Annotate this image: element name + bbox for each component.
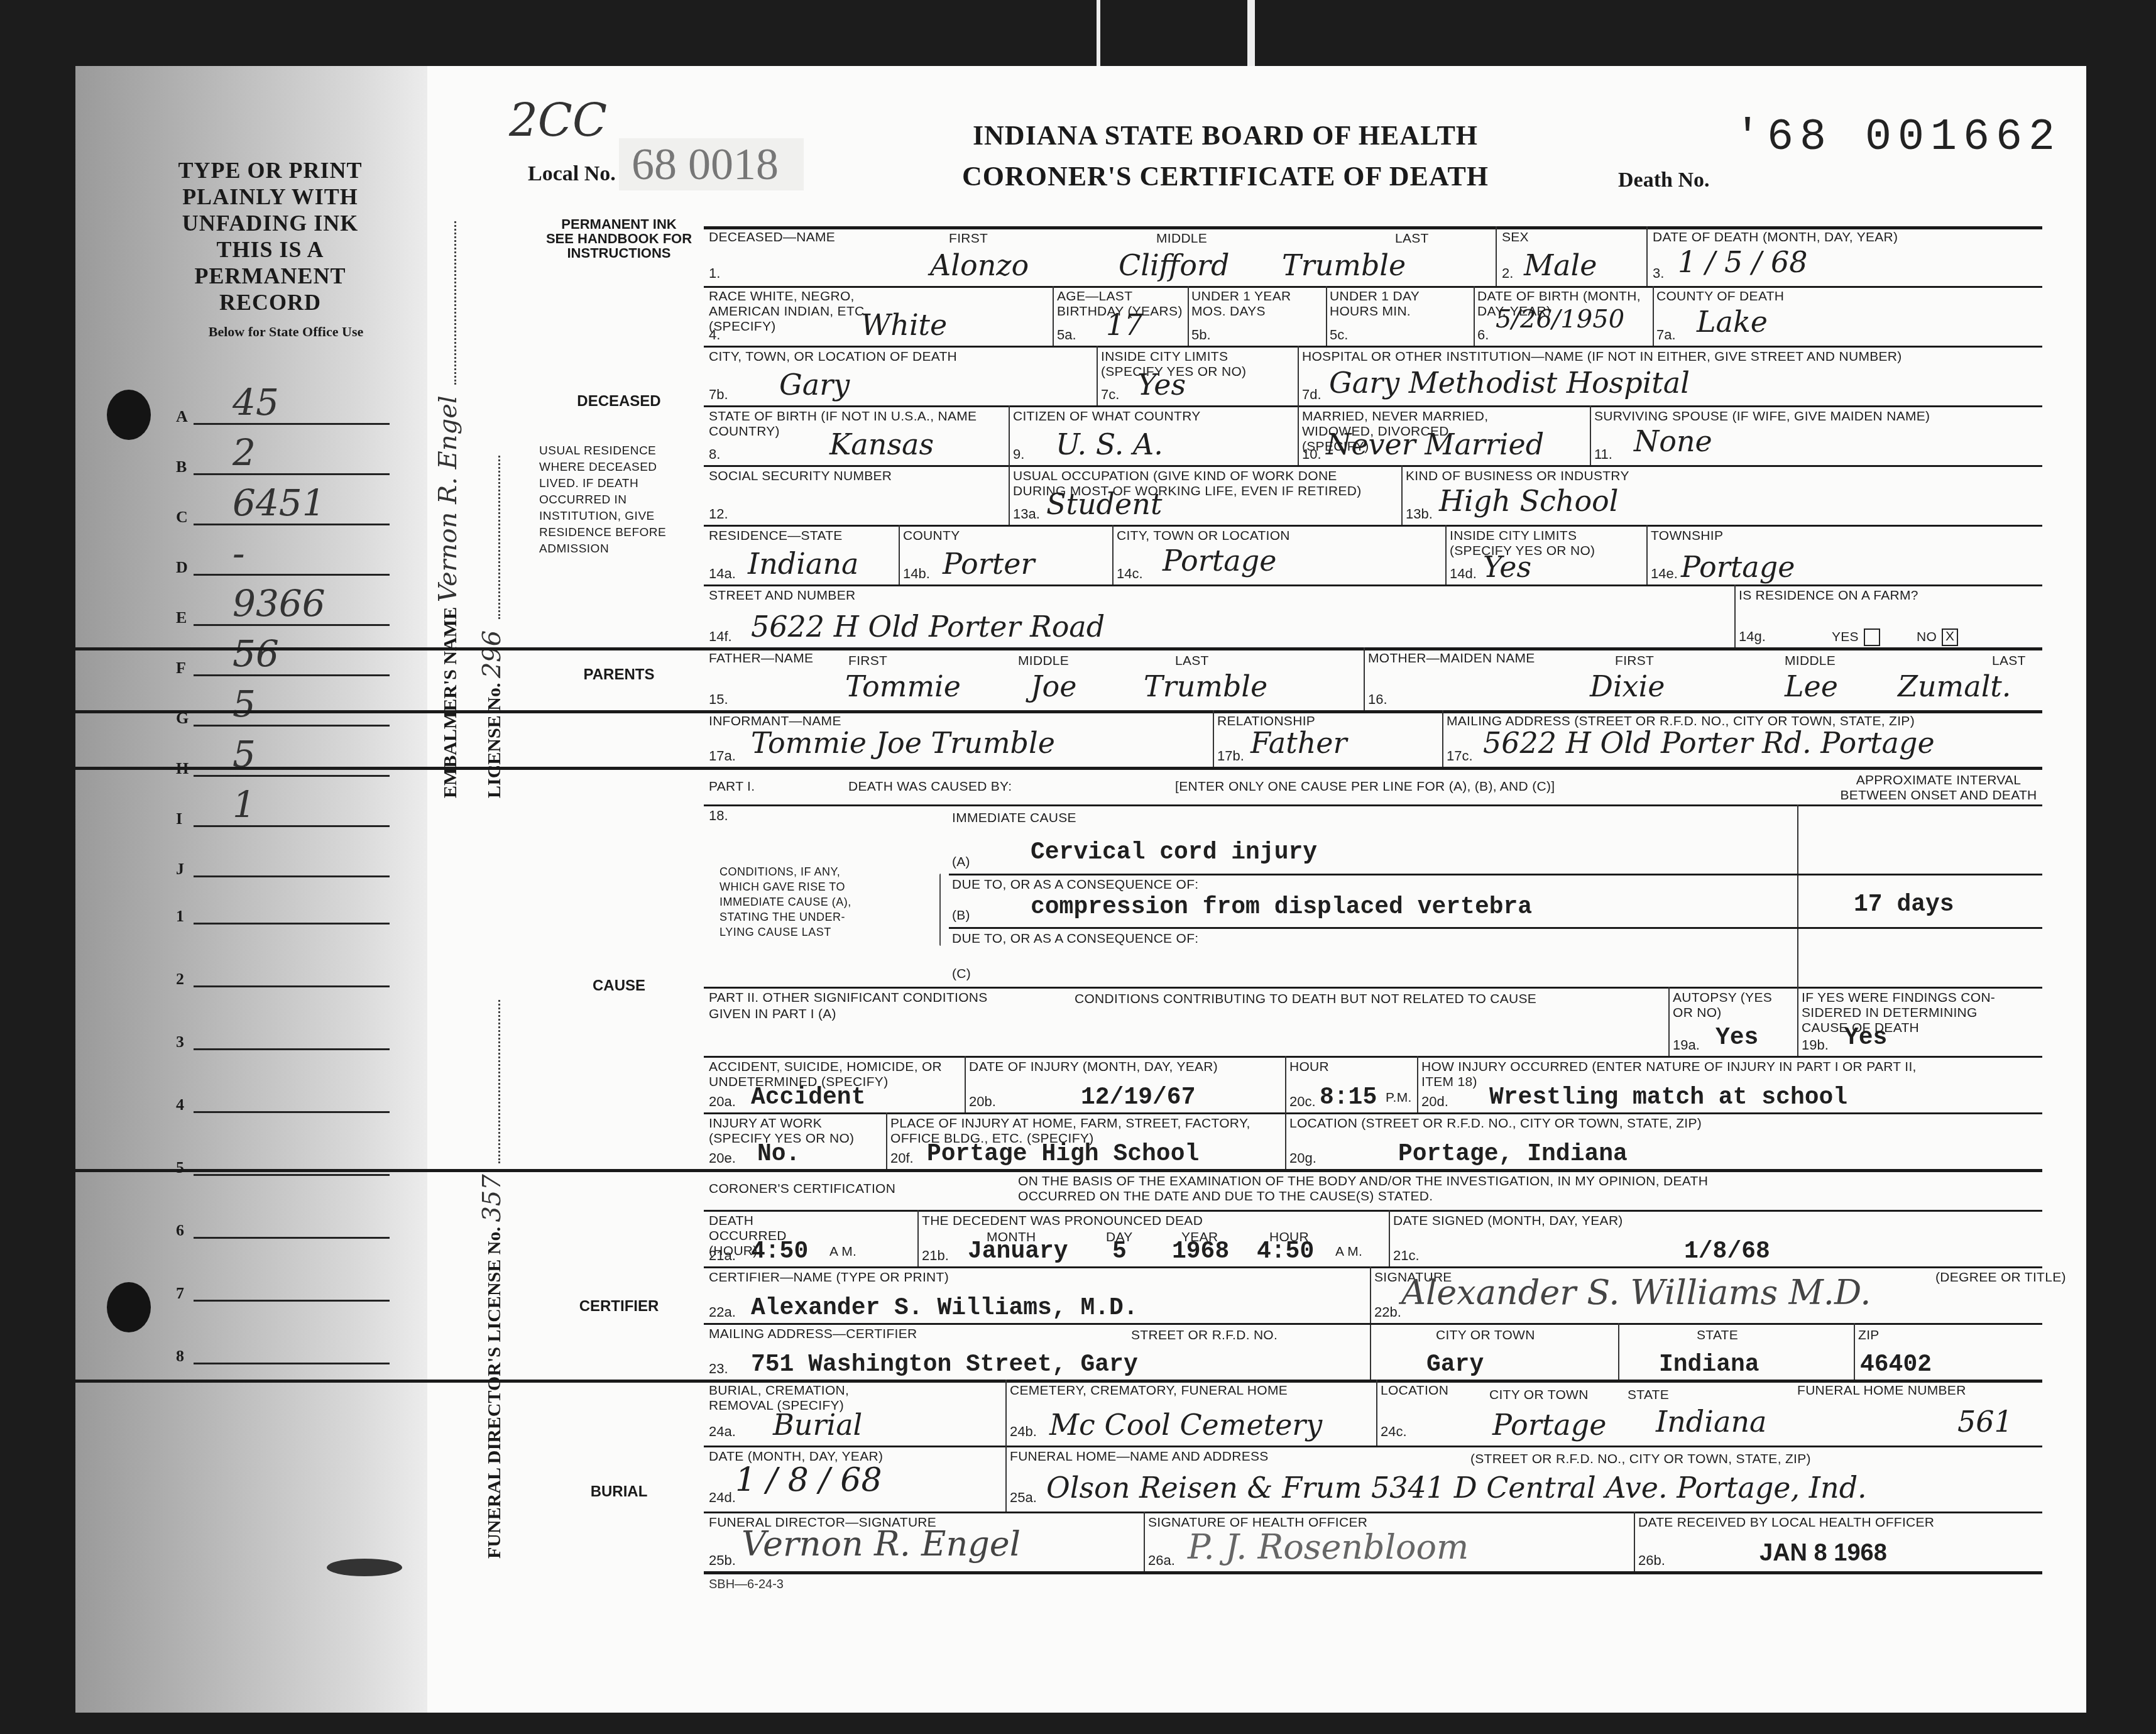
binder-hole (107, 1282, 151, 1332)
underline (194, 1363, 390, 1364)
divider (1364, 647, 1365, 710)
note-line: PERMANENT INK (534, 217, 704, 231)
office-use-i: I1 (176, 779, 390, 830)
field-number: 18. (709, 808, 728, 824)
divider (1326, 286, 1327, 346)
note-line: SEE HANDBOOK FOR (534, 231, 704, 246)
office-use-value: 2 (233, 431, 256, 474)
field-number: 13a. (1013, 506, 1040, 522)
local-no-label: Local No. (528, 162, 616, 186)
funeral-home-name-address: Olson Reisen & Frum 5341 D Central Ave. … (1046, 1471, 1867, 1505)
embalmer-license-field: LICENSE No. 296 (478, 456, 506, 798)
caption: CITY, TOWN, OR LOCATION OF DEATH (709, 349, 957, 365)
office-use-2: 2 (176, 940, 390, 990)
residence-inside-city-limits: Yes (1483, 550, 1531, 584)
business-industry: High School (1439, 484, 1619, 518)
caption: RESIDENCE—STATE (709, 529, 843, 544)
rule (75, 767, 2042, 770)
embalmer-name: Vernon R. Engel (434, 395, 462, 602)
section-cause: CAUSE (540, 977, 698, 995)
caption: STREET AND NUMBER (709, 588, 855, 603)
rule (704, 1266, 2042, 1268)
field-number: 19a. (1673, 1037, 1700, 1053)
certifier-street: 751 Washington Street, Gary (751, 1351, 1138, 1378)
caption: CITIZEN OF WHAT COUNTRY (1013, 409, 1201, 424)
rule (704, 1323, 2042, 1325)
injury-location: Portage, Indiana (1398, 1141, 1628, 1168)
caption: FIRST (1615, 654, 1654, 669)
divider (1797, 804, 1798, 987)
rule (949, 927, 2042, 929)
divider (1298, 405, 1299, 465)
office-use-c: C6451 (176, 478, 390, 528)
caption: SEX (1502, 230, 1529, 245)
divider (1285, 1112, 1286, 1169)
caption: MOTHER—MAIDEN NAME (1368, 651, 1535, 666)
usual-occupation: Student (1046, 487, 1162, 521)
note-line: INSTITUTION, GIVE (539, 508, 703, 525)
note-line: OCCURRED IN (539, 492, 703, 508)
how-injury-occurred: Wrestling match at school (1489, 1084, 1847, 1111)
father-middle-name: Joe (1031, 669, 1076, 703)
hour-of-injury: 8:15 (1320, 1084, 1377, 1111)
residence-state: Indiana (748, 547, 858, 581)
divider (1112, 525, 1114, 584)
caption: MIDDLE (1156, 231, 1207, 246)
field-number: 21b. (922, 1248, 949, 1264)
office-use-label: D (176, 558, 188, 577)
note-line: INSTRUCTIONS (534, 246, 704, 260)
local-no-stamp: 68 0018 (619, 138, 804, 190)
funeral-director-license-field: FUNERAL DIRECTOR'S LICENSE No. 357 (478, 1000, 506, 1559)
office-use-value: 6451 (233, 481, 326, 524)
caption: LOCATION (1381, 1383, 1448, 1398)
note-line: ADMISSION (539, 541, 703, 557)
field-number: 14b. (903, 566, 930, 582)
meridiem: P.M. (1386, 1090, 1412, 1106)
caption: DATE SIGNED (MONTH, DAY, YEAR) (1393, 1214, 1623, 1229)
burial-date: 1 / 8 / 68 (735, 1461, 882, 1499)
field-number: 8. (709, 446, 720, 463)
underline (194, 1300, 390, 1302)
office-use-label: C (176, 508, 188, 527)
office-use-label: F (176, 659, 186, 678)
caption: DUE TO, OR AS A CONSEQUENCE OF: (952, 877, 1198, 892)
caption: APPROXIMATE INTERVAL BETWEEN ONSET AND D… (1838, 773, 2039, 803)
field-number: 25b. (709, 1552, 736, 1569)
caption: FIRST (949, 231, 988, 246)
instruction-line: RECORD (170, 289, 371, 316)
caption: IMMEDIATE CAUSE (952, 811, 1076, 826)
county-of-death: Lake (1697, 305, 1768, 339)
caption: STATE (1697, 1328, 1738, 1343)
office-use-value: 1 (233, 783, 256, 826)
note-line: STATING THE UNDER- (720, 909, 883, 925)
field-number: 20g. (1289, 1150, 1316, 1166)
office-use-value: 9366 (233, 582, 326, 625)
residence-county: Porter (943, 547, 1034, 581)
field-number: 7d. (1302, 387, 1322, 403)
burial-state: Indiana (1656, 1405, 1766, 1439)
caption: PART I. (709, 779, 755, 794)
note-line: LYING CAUSE LAST (720, 925, 883, 940)
divider (1445, 525, 1447, 584)
divider (1854, 1323, 1855, 1380)
rule (704, 525, 2042, 527)
funeral-director-signature: Vernon R. Engel (741, 1524, 1021, 1564)
hospital-name: Gary Methodist Hospital (1329, 366, 1690, 400)
office-use-j: J (176, 830, 390, 880)
caption: STATE (1628, 1388, 1669, 1403)
rule (704, 1210, 2042, 1212)
rule (704, 286, 2042, 288)
instruction-line: UNFADING INK (170, 210, 371, 236)
rule (704, 1571, 2042, 1574)
field-number: 26b. (1638, 1552, 1665, 1569)
agency-title: INDIANA STATE BOARD OF HEALTH (880, 119, 1571, 151)
binder-hole (107, 390, 151, 440)
manner-of-death: Accident (751, 1084, 865, 1111)
caption: MIDDLE (1018, 654, 1069, 669)
underline (194, 473, 390, 475)
death-no-label: Death No. (1618, 168, 1709, 192)
underline (194, 1237, 390, 1239)
field-number: 1. (709, 265, 720, 282)
residence-township: Portage (1681, 550, 1795, 584)
rule (704, 1112, 2042, 1114)
field-number: 24d. (709, 1490, 736, 1506)
caption: SURVIVING SPOUSE (IF WIFE, GIVE MAIDEN N… (1594, 409, 1930, 424)
caption: DATE OF INJURY (MONTH, DAY, YEAR) (969, 1060, 1218, 1075)
caption: TOWNSHIP (1651, 529, 1723, 544)
divider (1496, 226, 1497, 286)
field-number: 24c. (1381, 1424, 1407, 1440)
form-code: SBH—6-24-3 (709, 1578, 784, 1592)
caption: ZIP (1858, 1328, 1880, 1343)
dotted-line (498, 1000, 500, 1163)
office-use-8: 8 (176, 1317, 390, 1367)
field-number: 9. (1013, 446, 1024, 463)
note-line: LIVED. IF DEATH (539, 476, 703, 492)
caption: HOUR (1289, 1060, 1329, 1075)
yes-label: YES (1832, 630, 1859, 644)
field-number: 22b. (1374, 1304, 1401, 1320)
health-officer-signature: P. J. Rosenbloom (1188, 1527, 1469, 1567)
caption: DATE RECEIVED BY LOCAL HEALTH OFFICER (1638, 1515, 1934, 1530)
field-number: 26a. (1148, 1552, 1175, 1569)
office-use-label: 3 (176, 1033, 184, 1051)
caption: FATHER—NAME (709, 651, 813, 666)
office-use-label: 6 (176, 1221, 184, 1240)
field-number: 17b. (1217, 748, 1244, 764)
instruction-line: PLAINLY WITH (170, 184, 371, 210)
caption: (STREET OR R.F.D. NO., CITY OR TOWN, STA… (1470, 1452, 1811, 1467)
handwritten-note: 2CC (509, 94, 607, 147)
divider (1618, 1323, 1619, 1380)
office-use-label: 7 (176, 1284, 184, 1303)
rule (704, 465, 2042, 467)
divider (1442, 710, 1443, 767)
field-number: 20e. (709, 1150, 736, 1166)
fd-license-label: FUNERAL DIRECTOR'S LICENSE No. (484, 1227, 505, 1559)
field-number: 21c. (1393, 1248, 1420, 1264)
field-number: 10. (1302, 446, 1322, 463)
office-use-e: E9366 (176, 578, 390, 628)
meridiem: A M. (829, 1244, 856, 1259)
caption: DECEASED—NAME (709, 230, 835, 245)
divider (1668, 987, 1670, 1056)
divider (1097, 346, 1098, 405)
caption: COUNTY (903, 529, 960, 544)
field-number: 24b. (1010, 1424, 1037, 1440)
race-value: White (861, 308, 947, 342)
office-use-f: F56 (176, 628, 390, 679)
divider (1285, 1056, 1286, 1112)
office-use-label: 2 (176, 970, 184, 989)
field-number: 20c. (1289, 1094, 1316, 1110)
rule (704, 804, 2042, 806)
rule (949, 874, 2042, 875)
note-line: CONDITIONS, IF ANY, (720, 864, 883, 879)
rule (75, 1169, 2042, 1172)
section-deceased: DECEASED (540, 393, 698, 410)
divider (1144, 1512, 1145, 1571)
funeral-home-number: 561 (1957, 1405, 2013, 1439)
field-number: 20d. (1421, 1094, 1448, 1110)
field-number: 17c. (1447, 748, 1473, 764)
underline (194, 1111, 390, 1113)
underline (194, 923, 390, 925)
caption: GIVEN IN PART I (A) (709, 1007, 836, 1022)
divider (1213, 710, 1214, 767)
caption: LOCATION (STREET OR R.F.D. NO., CITY OR … (1289, 1116, 1702, 1131)
field-number: 7b. (709, 387, 728, 403)
caption: FUNERAL HOME—NAME AND ADDRESS (1010, 1449, 1269, 1464)
field-number: 25a. (1010, 1490, 1037, 1506)
field-number: 22a. (709, 1304, 736, 1320)
father-first-name: Tommie (845, 669, 961, 703)
rule (704, 987, 2042, 989)
date-signed: 1/8/68 (1684, 1238, 1770, 1265)
caption: FUNERAL HOME NUMBER (1797, 1383, 1966, 1398)
caption: CITY OR TOWN (1489, 1388, 1589, 1403)
underline (194, 574, 390, 576)
caption: THE DECEDENT WAS PRONOUNCED DEAD (922, 1214, 1203, 1229)
field-number: 7c. (1101, 387, 1119, 403)
residence-street: 5622 H Old Porter Road (751, 610, 1105, 644)
coroner-statement: ON THE BASIS OF THE EXAMINATION OF THE B… (1018, 1174, 1741, 1204)
certifier-signature: Alexander S. Williams M.D. (1401, 1273, 1871, 1312)
underline (194, 825, 390, 827)
note-line: WHERE DECEASED (539, 459, 703, 476)
autopsy-findings-value: Yes (1844, 1024, 1887, 1051)
divider (1298, 346, 1299, 405)
field-number: 13b. (1406, 506, 1433, 522)
field-number: 23. (709, 1361, 728, 1377)
divider (1389, 1210, 1390, 1266)
field-number: 12. (709, 506, 728, 522)
caption: CITY OR TOWN (1436, 1328, 1535, 1343)
no-label: NO (1917, 630, 1937, 644)
dotted-line (498, 456, 500, 619)
office-use-7: 7 (176, 1254, 390, 1304)
cause-a-value: Cervical cord injury (1031, 839, 1317, 866)
mother-first-name: Dixie (1590, 669, 1665, 703)
field-number: 5c. (1330, 327, 1348, 343)
instruction-line: THIS IS A (170, 236, 371, 263)
divider (1188, 286, 1189, 346)
surviving-spouse: None (1634, 424, 1712, 458)
cause-c-label: (c) (952, 967, 971, 982)
farm-yes-option[interactable]: YES (1832, 628, 1880, 646)
divider (1009, 465, 1010, 525)
office-use-label: 4 (176, 1095, 184, 1114)
divider (1376, 1380, 1377, 1446)
field-number: 14d. (1450, 566, 1477, 582)
caption: LAST (1992, 654, 2026, 669)
office-use-label: 8 (176, 1347, 184, 1366)
underline (194, 1048, 390, 1050)
autopsy-value: Yes (1715, 1024, 1758, 1051)
note-line: IMMEDIATE CAUSE (A), (720, 894, 883, 909)
rule (704, 1512, 2042, 1513)
office-use-label: E (176, 608, 187, 627)
cause-a-label: (a) (952, 855, 970, 870)
note-line: WHICH GAVE RISE TO (720, 879, 883, 894)
divider (1053, 286, 1054, 346)
date-of-injury: 12/19/67 (1081, 1084, 1195, 1111)
fd-license-number: 357 (478, 1174, 506, 1222)
divider (886, 1112, 887, 1169)
caption: LAST (1175, 654, 1209, 669)
field-number: 14f. (709, 628, 732, 645)
office-use-4: 4 (176, 1065, 390, 1116)
state-of-birth: Kansas (829, 427, 934, 461)
farm-no-option[interactable]: NOX (1917, 628, 1958, 646)
office-use-label: A (176, 407, 188, 426)
field-number: 14e. (1651, 566, 1678, 582)
rule (704, 1446, 2042, 1447)
caption: DATE OF DEATH (MONTH, DAY, YEAR) (1653, 230, 1898, 245)
field-number: 21a. (709, 1248, 736, 1264)
margin-instructions: TYPE OR PRINT PLAINLY WITH UNFADING INK … (170, 157, 371, 316)
burial-city: Portage (1492, 1408, 1606, 1442)
meridiem: A M. (1335, 1244, 1362, 1259)
divider (899, 525, 900, 584)
caption: HOSPITAL OR OTHER INSTITUTION—NAME (IF N… (1302, 349, 1902, 365)
field-number: 6. (1477, 327, 1489, 343)
office-use-label: I (176, 809, 182, 828)
underline (194, 423, 390, 425)
office-use-value: 45 (233, 381, 279, 424)
farm-no-checkbox[interactable]: X (1942, 628, 1958, 646)
caption: [ENTER ONLY ONE CAUSE PER LINE FOR (a), … (1175, 779, 1555, 794)
cause-b-value: compression from displaced vertebra (1031, 894, 1532, 921)
deceased-middle-name: Clifford (1119, 248, 1229, 282)
office-use-3: 3 (176, 1002, 390, 1053)
office-use-label: 1 (176, 907, 184, 926)
deceased-first-name: Alonzo (930, 248, 1029, 282)
divider (1009, 405, 1010, 465)
office-use-label: B (176, 458, 187, 476)
father-last-name: Trumble (1144, 669, 1267, 703)
caption: MAILING ADDRESS—CERTIFIER (709, 1327, 917, 1342)
field-number: 11. (1594, 446, 1612, 463)
caption: KIND OF BUSINESS OR INDUSTRY (1406, 469, 1629, 484)
divider (1005, 1446, 1007, 1512)
office-use-h: H5 (176, 729, 390, 779)
caption: (DEGREE OR TITLE) (1935, 1270, 2066, 1285)
certificate-form: DECEASED—NAME FIRST MIDDLE LAST 1. Alonz… (704, 226, 2042, 1590)
instruction-line: TYPE OR PRINT (170, 157, 371, 184)
office-use-d: D- (176, 528, 390, 578)
field-number: 20a. (709, 1094, 736, 1110)
injury-at-work: No. (757, 1141, 800, 1168)
place-of-injury: Portage High School (927, 1141, 1199, 1168)
certifier-state: Indiana (1659, 1351, 1759, 1378)
farm-yes-checkbox[interactable] (1864, 628, 1880, 646)
caption: IS RESIDENCE ON A FARM? (1739, 588, 1918, 603)
cause-b-label: (b) (952, 908, 970, 923)
divider (1474, 286, 1475, 346)
caption: IF YES WERE FINDINGS CON- SIDERED IN DET… (1802, 990, 2009, 1036)
mother-maiden-last-name: Zumalt. (1898, 669, 2011, 703)
note-line: USUAL RESIDENCE (539, 443, 703, 459)
underline (194, 775, 390, 777)
citizenship: U. S. A. (1056, 427, 1163, 461)
caption: CEMETERY, CREMATORY, FUNERAL HOME (1010, 1383, 1288, 1398)
field-number: 16. (1368, 691, 1387, 708)
office-use-6: 6 (176, 1191, 390, 1241)
informant-name: Tommie Joe Trumble (751, 726, 1055, 760)
caption: CORONER'S CERTIFICATION (709, 1182, 895, 1197)
residence-city: Portage (1163, 544, 1276, 578)
field-number: 5b. (1191, 327, 1211, 343)
divider (1646, 525, 1648, 584)
section-parents: PARENTS (540, 666, 698, 684)
caption: FIRST (848, 654, 887, 669)
divider (1590, 405, 1591, 465)
usual-residence-note: USUAL RESIDENCE WHERE DECEASED LIVED. IF… (539, 443, 703, 557)
divider (1653, 286, 1654, 346)
age-value: 17 (1106, 308, 1143, 342)
section-burial: BURIAL (540, 1483, 698, 1501)
cemetery-name: Mc Cool Cemetery (1049, 1408, 1322, 1442)
field-number: 2. (1502, 265, 1513, 282)
date-received-stamp: JAN 8 1968 (1759, 1540, 1887, 1567)
caption: UNDER 1 YEAR MOS. DAYS (1191, 289, 1323, 319)
field-number: 20b. (969, 1094, 996, 1110)
dotted-line (454, 221, 456, 385)
onset-interval: 17 days (1854, 891, 1954, 918)
marital-status: Never Married (1326, 427, 1544, 461)
rule (704, 405, 2042, 407)
pronounced-day: 5 (1112, 1238, 1127, 1265)
check-mark-icon: X (1945, 629, 1954, 644)
field-number: 14a. (709, 566, 736, 582)
field-number: 14g. (1739, 628, 1766, 645)
caption: COUNTY OF DEATH (1656, 289, 1784, 304)
rule (75, 1380, 2042, 1383)
license-number: 296 (478, 630, 506, 678)
death-no-stamp: '68 001662 (1734, 113, 2061, 163)
pronounced-hour: 4:50 (1257, 1238, 1314, 1265)
caption: SOCIAL SECURITY NUMBER (709, 469, 892, 484)
field-number: 20f. (890, 1150, 914, 1166)
divider (917, 1210, 919, 1266)
pronounced-month: January (968, 1238, 1068, 1265)
rule (75, 647, 2042, 650)
